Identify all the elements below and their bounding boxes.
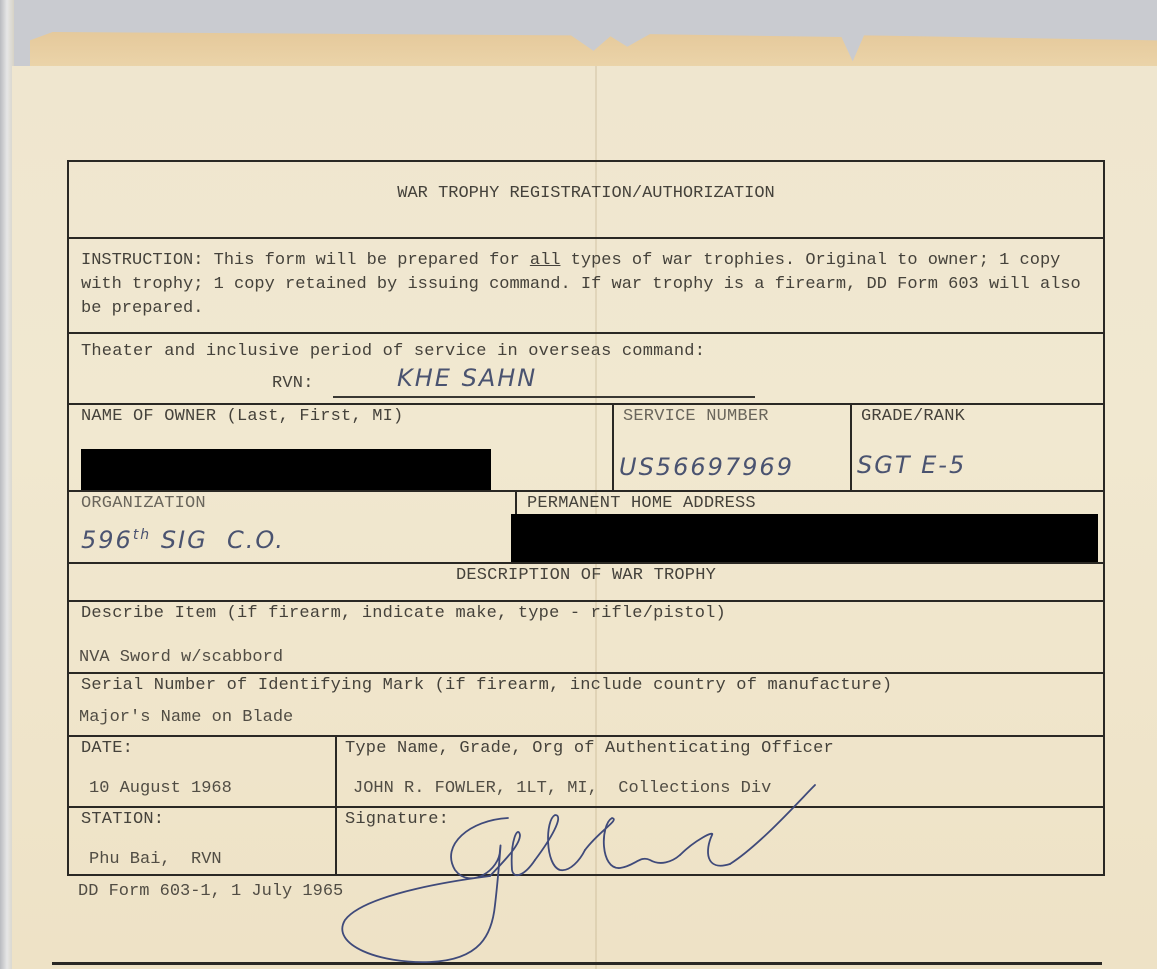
station-value[interactable]: Phu Bai, RVN <box>89 850 222 869</box>
divider <box>612 405 614 490</box>
service-number-label: SERVICE NUMBER <box>623 407 769 426</box>
war-trophy-form: WAR TROPHY REGISTRATION/AUTHORIZATION IN… <box>67 160 1105 876</box>
describe-item-value[interactable]: NVA Sword w/scabbord <box>79 648 283 667</box>
theater-row: Theater and inclusive period of service … <box>67 332 1105 403</box>
serial-row: Serial Number of Identifying Mark (if fi… <box>67 672 1105 735</box>
form-number-footer: DD Form 603-1, 1 July 1965 <box>78 882 343 901</box>
date-officer-row: DATE: 10 August 1968 Type Name, Grade, O… <box>67 735 1105 806</box>
form-title-row: WAR TROPHY REGISTRATION/AUTHORIZATION <box>67 160 1105 237</box>
officer-value[interactable]: JOHN R. FOWLER, 1LT, MI, Collections Div <box>353 779 771 798</box>
station-signature-row: STATION: Phu Bai, RVN Signature: <box>67 806 1105 876</box>
theater-prefix: RVN: <box>272 374 314 393</box>
divider <box>335 737 337 806</box>
organization-label: ORGANIZATION <box>81 494 206 513</box>
instruction-prefix: INSTRUCTION: This form will be prepared … <box>81 251 530 270</box>
form-title: WAR TROPHY REGISTRATION/AUTHORIZATION <box>67 184 1105 203</box>
date-label: DATE: <box>81 739 133 758</box>
description-header-row: DESCRIPTION OF WAR TROPHY <box>67 562 1105 600</box>
service-number-value[interactable]: US56697969 <box>619 453 794 481</box>
officer-label: Type Name, Grade, Org of Authenticating … <box>345 739 834 758</box>
serial-value[interactable]: Major's Name on Blade <box>79 708 293 727</box>
home-address-redacted <box>511 514 1098 563</box>
owner-name-redacted <box>81 449 491 491</box>
instruction-row: INSTRUCTION: This form will be prepared … <box>67 237 1105 332</box>
grade-rank-label: GRADE/RANK <box>861 407 965 426</box>
theater-label: Theater and inclusive period of service … <box>81 342 705 361</box>
instruction-text: INSTRUCTION: This form will be prepared … <box>81 249 1091 321</box>
date-value[interactable]: 10 August 1968 <box>89 779 232 798</box>
organization-value[interactable]: 596th SIG C.O. <box>81 526 285 554</box>
station-label: STATION: <box>81 810 164 829</box>
organization-number: 596 <box>81 526 133 554</box>
bottom-rule <box>52 962 1102 965</box>
describe-item-row: Describe Item (if firearm, indicate make… <box>67 600 1105 672</box>
owner-name-label: NAME OF OWNER (Last, First, MI) <box>81 407 403 426</box>
describe-item-label: Describe Item (if firearm, indicate make… <box>81 604 726 623</box>
signature-label: Signature: <box>345 810 449 829</box>
owner-row: NAME OF OWNER (Last, First, MI) SERVICE … <box>67 403 1105 490</box>
home-address-label: PERMANENT HOME ADDRESS <box>527 494 756 513</box>
organization-row: ORGANIZATION 596th SIG C.O. PERMANENT HO… <box>67 490 1105 562</box>
theater-underline <box>333 396 755 398</box>
divider <box>850 405 852 490</box>
organization-unit: SIG C.O. <box>151 526 285 554</box>
organization-ordinal: th <box>133 527 151 543</box>
description-header: DESCRIPTION OF WAR TROPHY <box>67 566 1105 585</box>
divider <box>335 808 337 876</box>
serial-label: Serial Number of Identifying Mark (if fi… <box>81 676 892 695</box>
instruction-emphasis: all <box>530 251 561 270</box>
theater-value[interactable]: KHE SAHN <box>397 364 537 392</box>
grade-rank-value[interactable]: SGT E-5 <box>857 451 966 479</box>
